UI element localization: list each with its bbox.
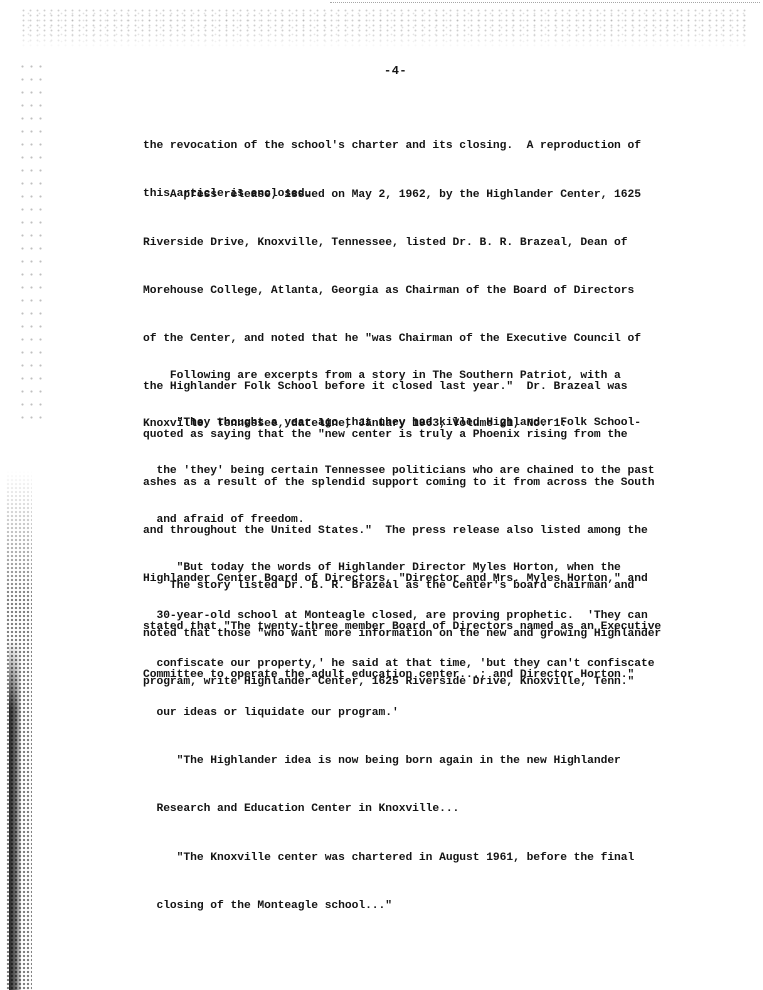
text-line: Morehouse College, Atlanta, Georgia as C… [143, 283, 733, 299]
text-line: and afraid of freedom. [143, 512, 733, 528]
text-line: "The Knoxville center was chartered in A… [143, 850, 733, 866]
text-line: noted that those "who want more informat… [143, 626, 733, 642]
text-line: closing of the Monteagle school..." [143, 898, 733, 914]
text-line: Following are excerpts from a story in T… [143, 368, 733, 384]
text-line: the 'they' being certain Tennessee polit… [143, 463, 733, 479]
text-line: the revocation of the school's charter a… [143, 138, 733, 154]
binding-shadow-core [9, 640, 21, 990]
bleed-through-noise [20, 8, 750, 48]
scanned-document-page: -4- the revocation of the school's chart… [0, 0, 763, 990]
text-line: "They thought a year ago that they had k… [143, 415, 733, 431]
text-line: program, write Highlander Center, 1625 R… [143, 674, 733, 690]
text-line: A press release, issued on May 2, 1962, … [143, 187, 733, 203]
text-line: The story listed Dr. B. R. Brazeal as th… [143, 578, 733, 594]
page-number: -4- [384, 64, 407, 78]
paragraph-story-listing: The story listed Dr. B. R. Brazeal as th… [143, 546, 733, 722]
text-line: Research and Education Center in Knoxvil… [143, 801, 733, 817]
margin-specks [18, 60, 48, 420]
scan-edge-artifact [330, 2, 760, 5]
text-line: "The Highlander idea is now being born a… [143, 753, 733, 769]
text-line: Riverside Drive, Knoxville, Tennessee, l… [143, 235, 733, 251]
